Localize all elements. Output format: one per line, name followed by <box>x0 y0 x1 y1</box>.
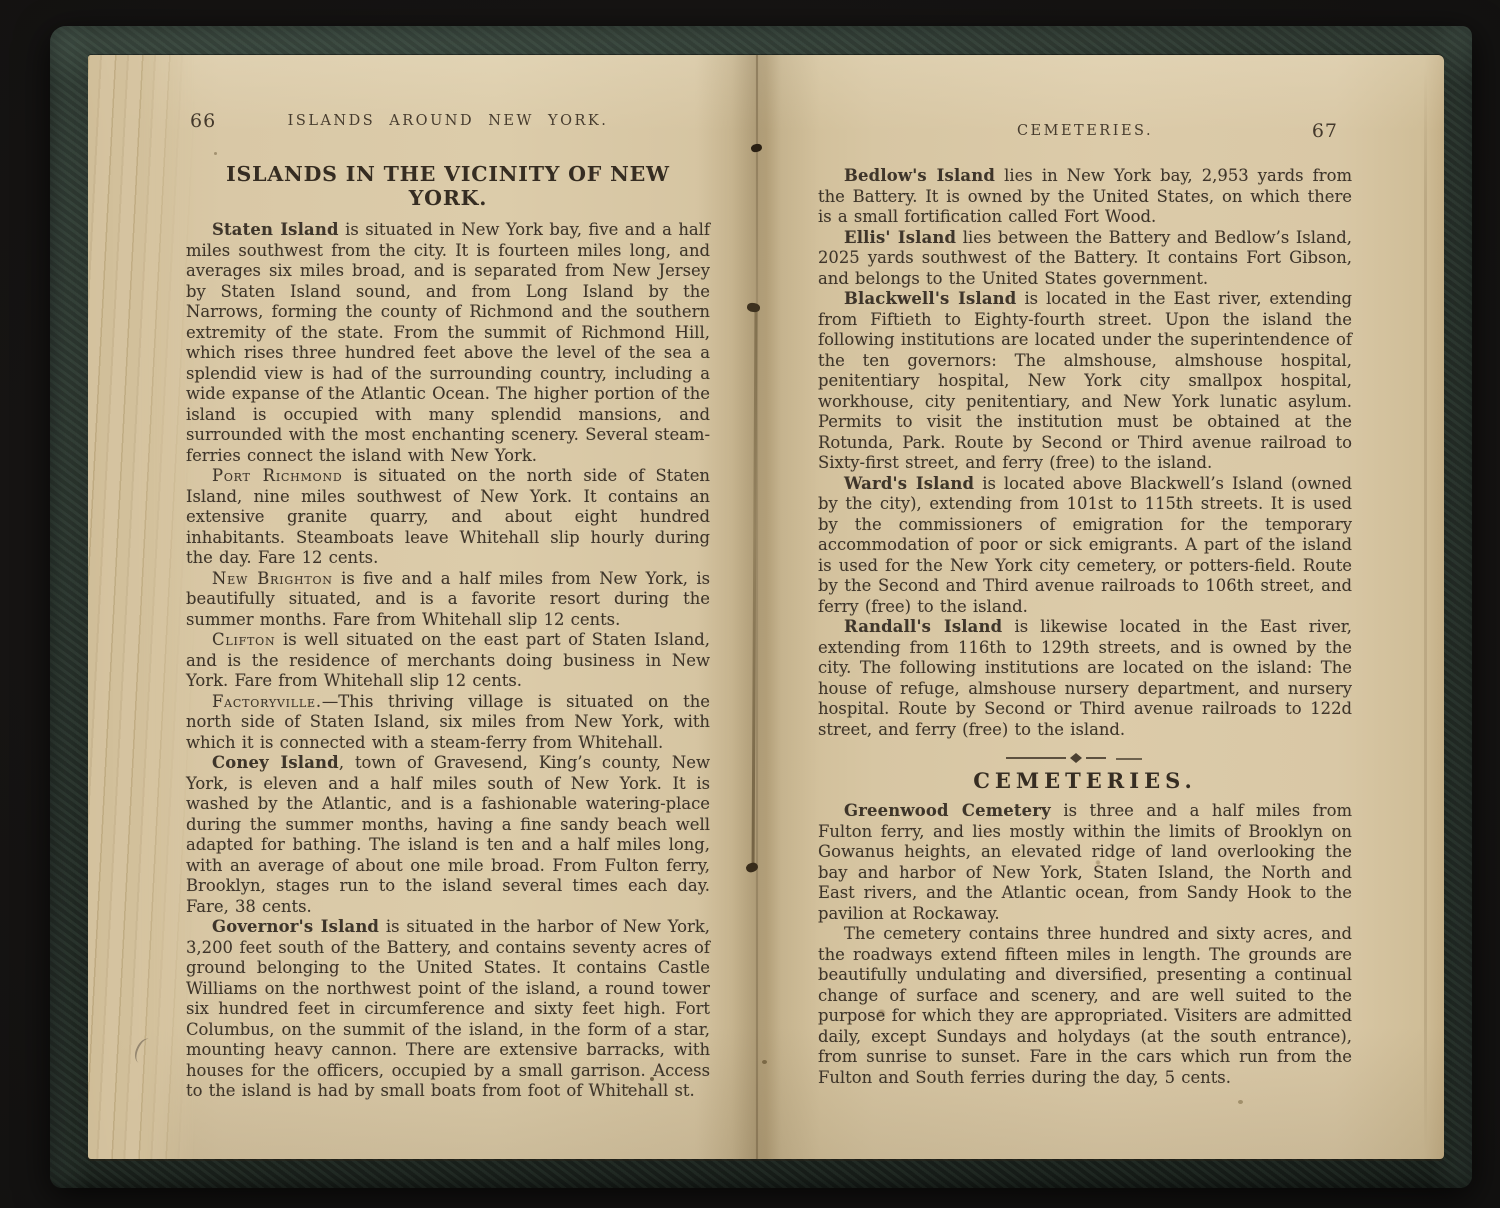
page-stack-fore-edge <box>88 55 200 1159</box>
paragraph: New Brighton is five and a half miles fr… <box>186 569 710 631</box>
paragraph-lead: Bedlow's Island <box>844 166 995 185</box>
foxing-spot <box>762 1060 767 1064</box>
paragraph-lead: Staten Island <box>212 220 339 239</box>
page-67-header: 67 CEMETERIES. <box>818 120 1352 146</box>
paragraph: Greenwood Cemetery is three and a half m… <box>818 801 1352 924</box>
running-head: CEMETERIES. <box>818 120 1352 139</box>
paragraph: Clifton is well situated on the east par… <box>186 630 710 692</box>
paragraph: Governor's Island is situated in the har… <box>186 917 710 1102</box>
page-67-cemeteries-body: Greenwood Cemetery is three and a half m… <box>818 801 1352 1088</box>
paragraph: The cemetery contains three hundred and … <box>818 924 1352 1088</box>
foxing-spot <box>1238 1100 1243 1104</box>
section-divider <box>818 752 1352 764</box>
paragraph-lead: Coney Island <box>212 753 339 772</box>
paragraph-lead: Ellis' Island <box>844 228 956 247</box>
section-heading-cemeteries: CEMETERIES. <box>818 768 1352 793</box>
paragraph-lead: Factoryville. <box>212 692 322 711</box>
page-67-islands-body: Bedlow's Island lies in New York bay, 2,… <box>818 166 1352 740</box>
paragraph-lead: Blackwell's Island <box>844 289 1016 308</box>
page-66: 66 ISLANDS AROUND NEW YORK. ISLANDS IN T… <box>186 110 710 1102</box>
divider-ornament <box>1000 752 1170 764</box>
paragraph: Bedlow's Island lies in New York bay, 2,… <box>818 166 1352 228</box>
paragraph: Coney Island, town of Gravesend, King’s … <box>186 753 710 917</box>
page-66-body: Staten Island is situated in New York ba… <box>186 220 710 1102</box>
page-number: 66 <box>190 110 216 132</box>
paragraph: Randall's Island is likewise located in … <box>818 617 1352 740</box>
paragraph-lead: Governor's Island <box>212 917 379 936</box>
paragraph: Factoryville.—This thriving village is s… <box>186 692 710 754</box>
page-66-header: 66 ISLANDS AROUND NEW YORK. <box>186 110 710 136</box>
paragraph-lead: New Brighton <box>212 569 333 588</box>
paragraph-lead: Clifton <box>212 630 275 649</box>
paragraph: Staten Island is situated in New York ba… <box>186 220 710 466</box>
section-heading-islands: ISLANDS IN THE VICINITY OF NEW YORK. <box>186 162 710 210</box>
paragraph: Port Richmond is situated on the north s… <box>186 466 710 569</box>
page-67: 67 CEMETERIES. Bedlow's Island lies in N… <box>818 120 1352 1088</box>
paragraph: Ward's Island is located above Blackwell… <box>818 474 1352 618</box>
photo-background: 66 ISLANDS AROUND NEW YORK. ISLANDS IN T… <box>0 0 1500 1208</box>
paragraph: Ellis' Island lies between the Battery a… <box>818 228 1352 290</box>
page-stack-right-edge <box>1424 70 1427 1150</box>
paragraph-lead: Greenwood Cemetery <box>844 801 1051 820</box>
paragraph-lead: Ward's Island <box>844 474 974 493</box>
paragraph-lead: Randall's Island <box>844 617 1002 636</box>
running-head: ISLANDS AROUND NEW YORK. <box>186 110 710 129</box>
paragraph: Blackwell's Island is located in the Eas… <box>818 289 1352 474</box>
paragraph-lead: Port Richmond <box>212 466 343 485</box>
page-number: 67 <box>1312 120 1338 142</box>
